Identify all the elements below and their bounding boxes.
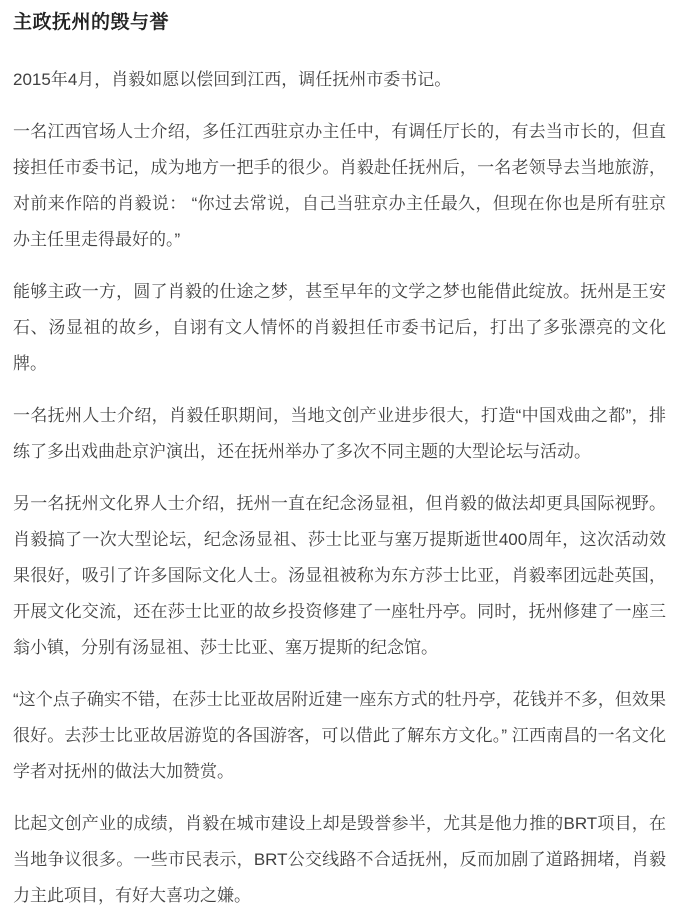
article-paragraph-4: 一名抚州人士介绍，肖毅任职期间，当地文创产业进步很大，打造“中国戏曲之都”，排练…: [13, 398, 666, 470]
article-paragraph-1: 2015年4月，肖毅如愿以偿回到江西，调任抚州市委书记。: [13, 62, 666, 98]
article-title: 主政抚州的毁与誉: [13, 10, 666, 36]
article-paragraph-2: 一名江西官场人士介绍，多任江西驻京办主任中，有调任厅长的，有去当市长的，但直接担…: [13, 114, 666, 258]
article-paragraph-7: 比起文创产业的成绩，肖毅在城市建设上却是毁誉参半，尤其是他力推的BRT项目，在当…: [13, 806, 666, 914]
article-page: 主政抚州的毁与誉 2015年4月，肖毅如愿以偿回到江西，调任抚州市委书记。 一名…: [0, 0, 677, 917]
article-paragraph-6: “这个点子确实不错，在莎士比亚故居附近建一座东方式的牡丹亭，花钱并不多，但效果很…: [13, 682, 666, 790]
article-paragraph-3: 能够主政一方，圆了肖毅的仕途之梦，甚至早年的文学之梦也能借此绽放。抚州是王安石、…: [13, 274, 666, 382]
article-paragraph-5: 另一名抚州文化界人士介绍，抚州一直在纪念汤显祖，但肖毅的做法却更具国际视野。肖毅…: [13, 486, 666, 666]
